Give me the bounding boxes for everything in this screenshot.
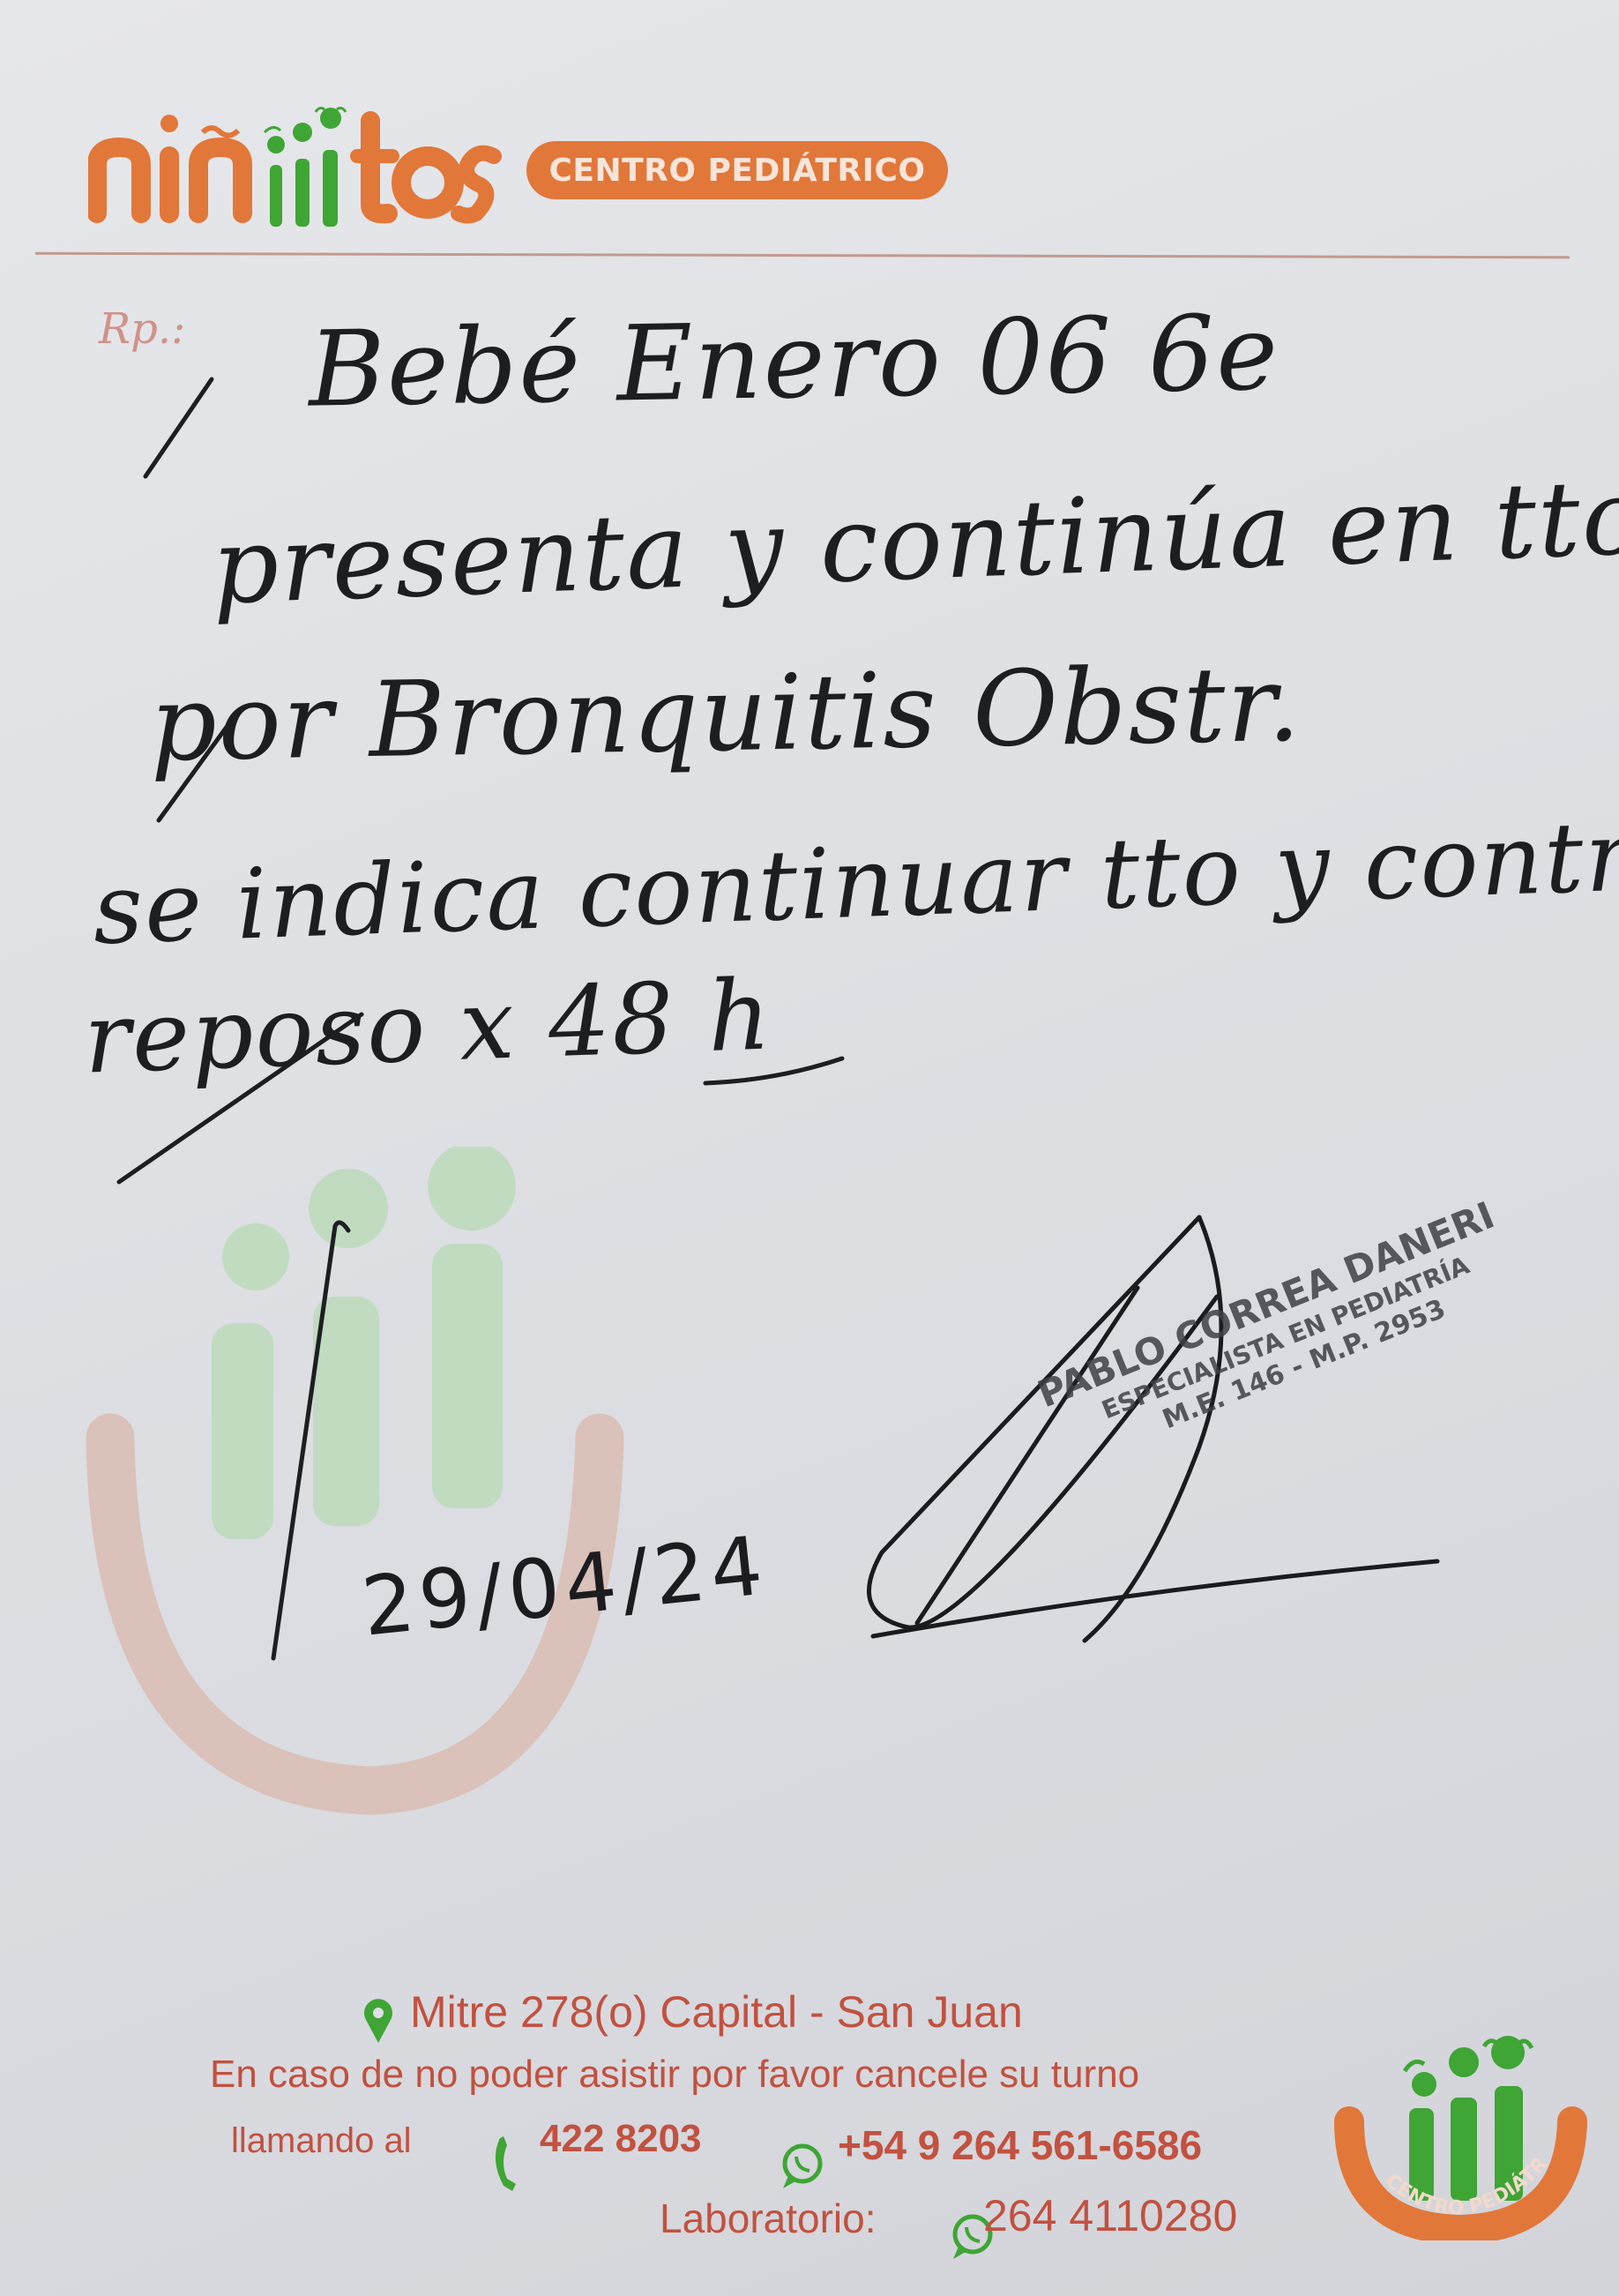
prescription-line: por Bronquitis Obstr. [149, 643, 1303, 785]
footer-logo-icon: CENTRO PEDIÁTRICO [1327, 2002, 1592, 2240]
location-pin-icon [362, 1995, 395, 2045]
header-divider [35, 252, 1570, 259]
watermark-logo-icon [79, 1147, 626, 1835]
doctor-stamp: PABLO CORREA DANERI ESPECIALISTA EN PEDI… [1032, 1193, 1524, 1475]
phone-icon [488, 2133, 523, 2195]
prescription-label: Rp.: [99, 304, 185, 354]
lab-label: Laboratorio: [660, 2195, 877, 2242]
whatsapp-number[interactable]: +54 9 264 561-6586 [838, 2121, 1202, 2169]
clinic-address: Mitre 278(o) Capital - San Juan [410, 1986, 1023, 2038]
whatsapp-icon [778, 2139, 825, 2192]
calling-label: llamando al [231, 2121, 412, 2161]
lab-whatsapp-number[interactable]: 264 4110280 [983, 2190, 1237, 2241]
brand-logo: niñiiitos [88, 81, 503, 231]
brand-wordmark-icon [88, 81, 503, 231]
cancel-notice: En caso de no poder asistir por favor ca… [210, 2053, 1139, 2097]
phone-number[interactable]: 422 8203 [540, 2117, 702, 2161]
prescription-line: Bebé Enero 06 6e [308, 291, 1280, 430]
prescription-line: presenta y continúa en tto [210, 456, 1619, 628]
prescription-line: reposo x 48 h [82, 958, 774, 1095]
brand-tagline-pill: CENTRO PEDIÁTRICO [526, 141, 948, 199]
prescription-sheet: niñiiitos CENTRO PEDIÁTRICO Rp.: [0, 0, 1619, 2296]
prescription-line: se indica continuar tto y control [91, 796, 1619, 967]
